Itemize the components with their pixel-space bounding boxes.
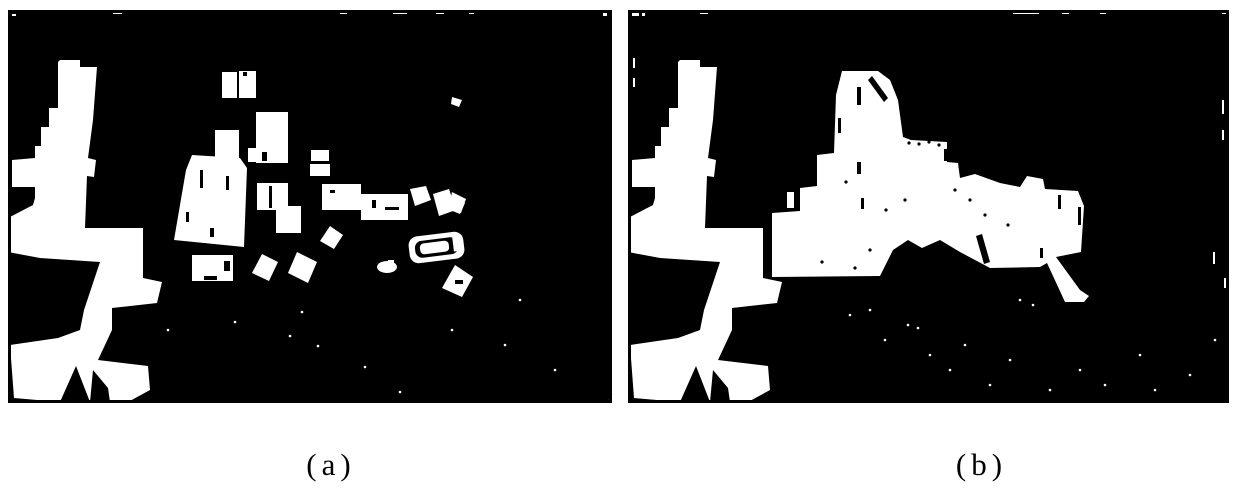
edge-dash bbox=[12, 14, 16, 16]
block bbox=[310, 164, 330, 176]
speck bbox=[907, 324, 910, 327]
edge-dash bbox=[1222, 100, 1224, 114]
edge-dash bbox=[1222, 130, 1224, 140]
speck bbox=[1009, 359, 1012, 362]
edge-dash bbox=[603, 13, 607, 16]
speck bbox=[869, 309, 872, 312]
mark bbox=[210, 228, 214, 237]
speck bbox=[1154, 389, 1157, 392]
binary-change-map-a bbox=[8, 10, 612, 403]
speck bbox=[929, 354, 932, 357]
edge-dash bbox=[1213, 252, 1215, 264]
mark bbox=[917, 142, 920, 145]
edge-dash bbox=[1224, 278, 1226, 288]
speck bbox=[1104, 384, 1107, 387]
block bbox=[248, 148, 262, 162]
mark bbox=[861, 198, 864, 209]
speck bbox=[289, 335, 292, 338]
mark bbox=[857, 87, 861, 105]
block bbox=[322, 184, 361, 210]
speck bbox=[989, 384, 992, 387]
speck bbox=[1019, 299, 1022, 302]
speck bbox=[1214, 339, 1217, 342]
mark bbox=[857, 162, 861, 174]
block bbox=[311, 150, 329, 161]
speck bbox=[689, 344, 692, 347]
mark bbox=[968, 198, 971, 201]
mark bbox=[226, 176, 229, 190]
edge-dash bbox=[642, 13, 645, 16]
mark bbox=[1040, 248, 1043, 258]
mark bbox=[983, 213, 986, 216]
block bbox=[452, 235, 464, 251]
subfigure-caption-a: (a) bbox=[8, 444, 612, 486]
speck bbox=[504, 344, 507, 347]
mark bbox=[269, 186, 272, 208]
mark bbox=[204, 276, 217, 280]
mark bbox=[903, 198, 906, 201]
mark bbox=[820, 260, 823, 263]
speck bbox=[554, 369, 557, 372]
mark bbox=[200, 170, 203, 188]
mark bbox=[1006, 223, 1009, 226]
speck bbox=[949, 369, 952, 372]
mark bbox=[330, 190, 335, 193]
figure: (a) (b) bbox=[0, 0, 1240, 491]
mark bbox=[927, 140, 930, 143]
mark bbox=[186, 212, 189, 222]
speck bbox=[301, 311, 304, 314]
mark bbox=[953, 188, 956, 191]
mark bbox=[385, 207, 399, 210]
mark bbox=[1058, 195, 1061, 209]
mark bbox=[455, 280, 463, 284]
mark bbox=[1078, 207, 1081, 225]
fragment bbox=[787, 192, 794, 208]
block bbox=[361, 194, 408, 220]
speck bbox=[849, 314, 852, 317]
speck bbox=[399, 391, 402, 394]
block bbox=[257, 183, 288, 210]
edge-dash bbox=[633, 58, 635, 68]
mark bbox=[884, 208, 887, 211]
mark bbox=[868, 248, 871, 251]
mark bbox=[372, 200, 376, 208]
binary-change-map-b bbox=[628, 10, 1229, 403]
block bbox=[222, 72, 237, 98]
block bbox=[276, 206, 301, 233]
speck bbox=[1189, 374, 1192, 377]
mark bbox=[243, 72, 247, 76]
block bbox=[239, 71, 256, 98]
edge-dash bbox=[633, 78, 635, 87]
speck bbox=[964, 344, 967, 347]
speck bbox=[519, 299, 522, 302]
mark bbox=[838, 118, 841, 133]
mark bbox=[196, 243, 206, 246]
speck bbox=[451, 329, 454, 332]
speck bbox=[884, 339, 887, 342]
mark bbox=[944, 149, 947, 161]
speck bbox=[234, 321, 237, 324]
speck bbox=[317, 345, 320, 348]
speck bbox=[917, 327, 920, 330]
speck bbox=[167, 329, 170, 332]
mark bbox=[262, 152, 267, 161]
mark bbox=[937, 143, 940, 146]
mark bbox=[853, 266, 856, 269]
mark bbox=[907, 141, 910, 144]
speck bbox=[364, 366, 367, 369]
mark bbox=[844, 180, 847, 183]
edge-dash bbox=[632, 13, 639, 16]
speck bbox=[1049, 389, 1052, 392]
speck bbox=[1079, 369, 1082, 372]
subfigure-caption-b: (b) bbox=[628, 444, 1229, 486]
mark bbox=[224, 261, 230, 271]
speck bbox=[1139, 354, 1142, 357]
speck bbox=[1032, 304, 1035, 307]
fragment bbox=[388, 260, 394, 264]
